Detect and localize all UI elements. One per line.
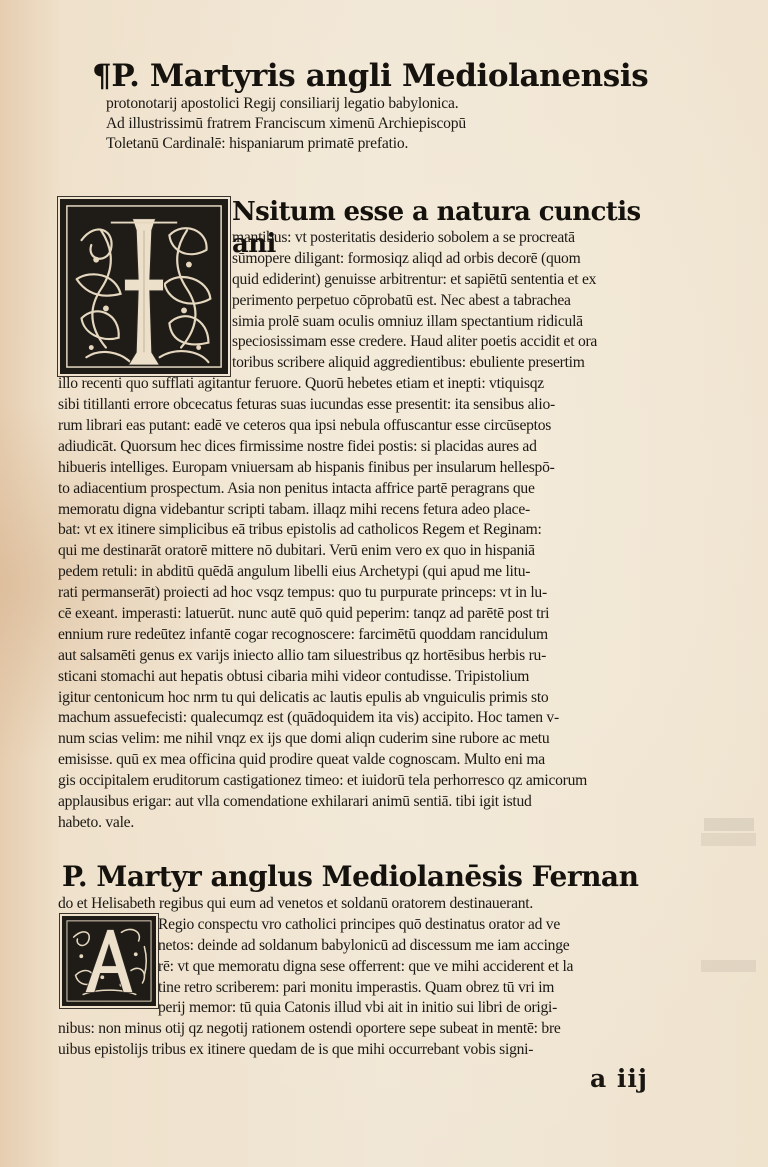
preface-body: Nsitum esse a natura cunctis ani mantibu… [58, 196, 683, 834]
title-subline: Toletanū Cardinalē: hispaniarum primatē … [106, 134, 692, 154]
letter-heading-line2: do et Helisabeth regibus qui eum ad vene… [58, 894, 683, 915]
text-line: quid ediderint) genuisse arbitrentur: et… [58, 270, 683, 291]
preface-first-line: Nsitum esse a natura cunctis ani [58, 196, 683, 228]
text-line: num scias velim: me nihil vnqz ex ijs qu… [58, 729, 683, 750]
title-subline: Ad illustrissimū fratrem Franciscum xime… [106, 114, 692, 134]
text-line: machum assuefecisti: qualecumqz est (quā… [58, 708, 683, 729]
text-line: uibus epistolijs tribus ex itinere queda… [58, 1040, 683, 1061]
text-line: aut salsamēti genus ex varijs iniecto al… [58, 646, 683, 667]
text-line: pedem retuli: in abditū quēdā angulum li… [58, 562, 683, 583]
text-line: habeto. vale. [58, 813, 683, 834]
book-page: ¶P. Martyris angli Mediolanensis protono… [0, 0, 768, 1167]
title-subline: protonotarij apostolici Regij consiliari… [106, 94, 692, 114]
text-line: to adiacentium prospectum. Asia non peni… [58, 479, 683, 500]
text-line: applausibus erigar: aut vlla comendation… [58, 792, 683, 813]
show-through-text [692, 960, 764, 972]
text-line: cē exeant. imperasti: latuerūt. nunc aut… [58, 604, 683, 625]
text-line: netos: deinde ad soldanum babylonicū ad … [58, 936, 683, 957]
text-line: mantibus: vt posteritatis desiderio sobo… [58, 228, 683, 249]
title-block: ¶P. Martyris angli Mediolanensis protono… [92, 58, 692, 154]
text-line: toribus scribere aliquid aggredientibus:… [58, 353, 683, 374]
text-line: perimento perpetuo cōprobatū est. Nec ab… [58, 291, 683, 312]
text-line: rati permanserāt) proiecti ad hoc vsqz t… [58, 583, 683, 604]
text-line: tine retro scriberem: pari monitu impera… [58, 978, 683, 999]
text-line: simia prolē suam oculis omniuz illam spe… [58, 312, 683, 333]
text-line: perij memor: tū quia Catonis illud vbi a… [58, 998, 683, 1019]
text-line: sūmopere diligant: formosiqz aliqd ad or… [58, 249, 683, 270]
letter-heading: P. Martyr anglus Mediolanēsis Fernan [62, 860, 687, 894]
text-line: adiudicāt. Quorsum hec dices firmissime … [58, 437, 683, 458]
text-line: igitur centonicum hoc nrm tu qui delicat… [58, 688, 683, 709]
text-line: rē: vt que memoratu digna sese offerrent… [58, 957, 683, 978]
text-line: sibi titillanti errore obcecatus feturas… [58, 395, 683, 416]
text-line: gis occipitalem eruditorum castigationez… [58, 771, 683, 792]
text-line: speciosissimam esse credere. Haud aliter… [58, 332, 683, 353]
text-line: emisisse. quū ex mea officina quid prodi… [58, 750, 683, 771]
text-line: sticani stomachi aut hepatis obtusi ciba… [58, 667, 683, 688]
show-through-text [692, 818, 764, 846]
text-line: rum librari eas putant: eadē ve ceteros … [58, 416, 683, 437]
text-line: illo recenti quo sufflati agitantur feru… [58, 374, 683, 395]
letter-body: do et Helisabeth regibus qui eum ad vene… [58, 894, 683, 1061]
text-line: qui me destinarāt oratorē mittere nō dub… [58, 541, 683, 562]
text-line: Regio conspectu vro catholici principes … [58, 915, 683, 936]
signature-mark: a iij [590, 1064, 648, 1093]
text-line: ennium rure redeūtez infantē cogar recog… [58, 625, 683, 646]
page-title: ¶P. Martyris angli Mediolanensis [92, 58, 692, 94]
text-line: bat: vt ex itinere simplicibus eā tribus… [58, 520, 683, 541]
text-line: memoratu digna videbantur scripti tabam.… [58, 500, 683, 521]
text-line: nibus: non minus otij qz negotij ratione… [58, 1019, 683, 1040]
text-line: hibueris intelliges. Europam vniuersam a… [58, 458, 683, 479]
